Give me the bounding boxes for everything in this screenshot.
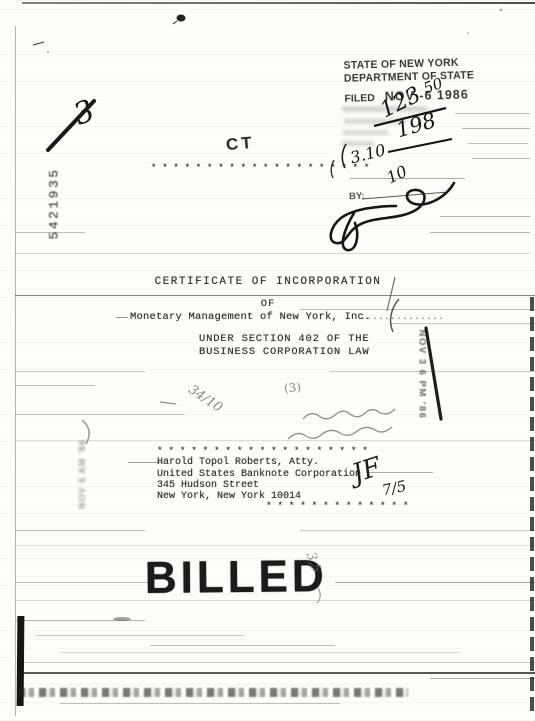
fee-row-smudge [344,119,406,124]
fee-row-smudge [343,130,388,135]
fee-row-smudge [342,106,427,112]
scanned-document-page: 5421935 CT * * * * * * * * * * * * * * *… [0,0,535,721]
fee-row-smudge [342,141,374,146]
fee-smudge-layer [0,0,535,721]
